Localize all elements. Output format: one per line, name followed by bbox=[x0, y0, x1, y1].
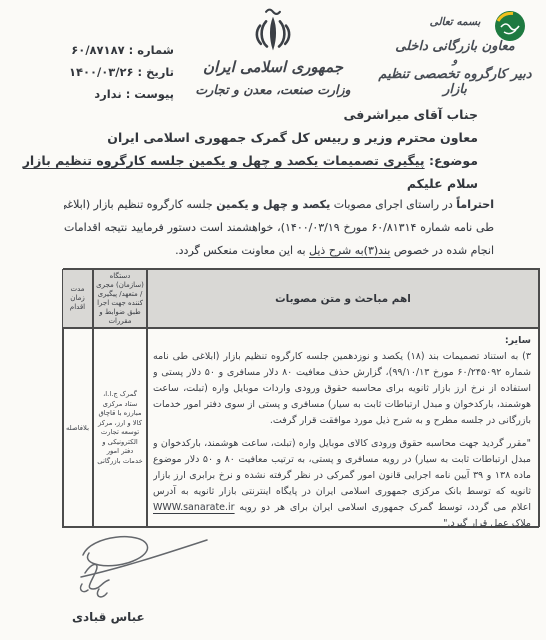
subject-label: موضوع: bbox=[425, 153, 478, 168]
recipient-name: جناب آقای میراشرفی bbox=[58, 103, 478, 126]
table-cell-agency: گمرک ج.ا.ا، ستاد مرکزی مبارزه با قاچاق ک… bbox=[93, 328, 147, 528]
signer-name: عباس قبادی bbox=[72, 610, 145, 624]
table-cell-resolution-text: سایر:۳) به استناد تصمیمات بند (۱۸) یکصد … bbox=[147, 328, 539, 528]
table-header-main-topics: اهم مباحث و متن مصوبات bbox=[147, 269, 539, 328]
letter-date-value: ۱۴۰۰/۰۳/۲۶ bbox=[69, 65, 134, 79]
letterhead-center: جمهوری اسلامی ایران وزارت صنعت، معدن و ت… bbox=[158, 5, 388, 97]
subject-line: موضوع: پیگیری تصمیمات یکصد و چهل و یکمین… bbox=[58, 149, 478, 172]
letter-number-label: شماره : bbox=[129, 43, 174, 57]
recipient-title: معاون محترم وزیر و رییس کل گمرک جمهوری ا… bbox=[58, 126, 478, 149]
table-header-action-duration: مدت زمان اقدام bbox=[62, 269, 93, 328]
letterhead-right-titles: بسمه تعالی معاون بازرگانی داخلی و دبیر ک… bbox=[366, 16, 544, 97]
letter-meta-block: شماره : ۶۰/۸۷۱۸۷ تاریخ : ۱۴۰۰/۰۳/۲۶ پیوس… bbox=[28, 39, 174, 105]
secretary-title-text: دبیر کارگروه تخصصی تنظیم بازار bbox=[366, 67, 544, 97]
letter-date-label: تاریخ : bbox=[138, 65, 174, 79]
scanned-letter-page: { "colors": { "paper": "#fbfaf7", "ink":… bbox=[0, 0, 546, 640]
resolutions-table: اهم مباحث و متن مصوبات دستگاه (سازمان) م… bbox=[63, 268, 540, 527]
letter-date-row: تاریخ : ۱۴۰۰/۰۳/۲۶ bbox=[28, 61, 174, 83]
recipient-block: جناب آقای میراشرفی معاون محترم وزیر و ری… bbox=[58, 103, 478, 195]
agency-text: گمرک ج.ا.ا، ستاد مرکزی مبارزه با قاچاق ک… bbox=[94, 388, 146, 468]
bismillah-text: بسمه تعالی bbox=[366, 16, 544, 28]
greeting-text: سلام علیکم bbox=[58, 172, 478, 195]
letter-number-row: شماره : ۶۰/۸۷۱۸۷ bbox=[28, 39, 174, 61]
country-name-text: جمهوری اسلامی ایران bbox=[158, 58, 388, 76]
letter-number-value: ۶۰/۸۷۱۸۷ bbox=[71, 43, 124, 57]
conjunction-text: و bbox=[366, 54, 544, 67]
iran-emblem-icon bbox=[158, 5, 388, 55]
subject-text: پیگیری تصمیمات یکصد و چهل و یکمین جلسه ک… bbox=[23, 153, 425, 168]
table-cell-duration: بلافاصله bbox=[62, 328, 93, 528]
signature-image bbox=[55, 529, 215, 611]
ministry-name-text: وزارت صنعت، معدن و تجارت bbox=[158, 82, 388, 97]
letter-attachment-value: ندارد bbox=[94, 87, 121, 101]
letter-body-paragraph: احتراماً در راستای اجرای مصوبات یکصد و چ… bbox=[64, 193, 494, 262]
duration-text: بلافاصله bbox=[66, 424, 89, 432]
letter-attachment-row: پیوست : ندارد bbox=[28, 83, 174, 105]
letter-attachment-label: پیوست : bbox=[126, 87, 174, 101]
table-header-executing-agency: دستگاه (سازمان) مجری / متعهد/ پیگیری کنن… bbox=[93, 269, 147, 328]
deputy-title-text: معاون بازرگانی داخلی bbox=[366, 39, 544, 54]
